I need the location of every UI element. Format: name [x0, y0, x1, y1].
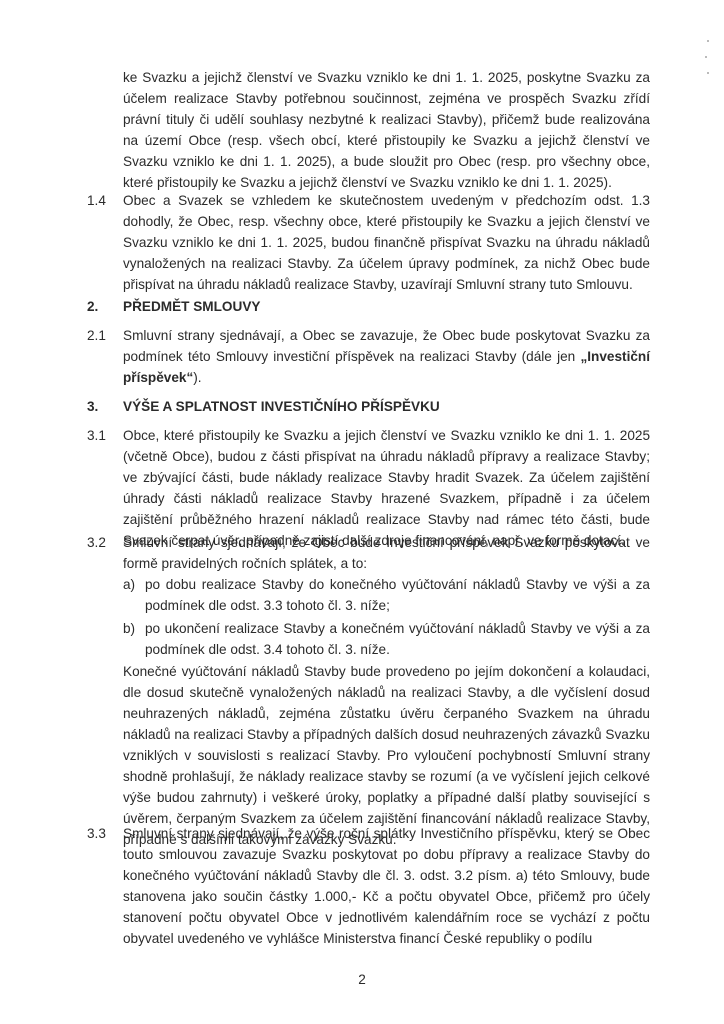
section-heading-3: 3. VÝŠE A SPLATNOST INVESTIČNÍHO PŘÍSPĚV…	[87, 396, 650, 417]
paragraph-number: 3.2	[87, 532, 123, 553]
paragraph-number: 2.1	[87, 325, 123, 346]
paragraph-text: ke Svazku a jejichž členství ve Svazku v…	[123, 67, 650, 193]
list-label: b)	[123, 618, 145, 639]
list-text: po dobu realizace Stavby do konečného vy…	[145, 574, 650, 616]
list-item-b: b) po ukončení realizace Stavby a konečn…	[123, 618, 650, 660]
section-number: 3.	[87, 396, 123, 417]
paragraph-number: 1.4	[87, 190, 123, 211]
paragraph-2-1: 2.1 Smluvní strany sjednávají, a Obec se…	[87, 325, 650, 388]
paragraph-1-3-continuation: ke Svazku a jejichž členství ve Svazku v…	[87, 67, 650, 193]
text-before: Smluvní strany sjednávají, a Obec se zav…	[123, 328, 650, 364]
paragraph-3-2-closing: Konečné vyúčtování nákladů Stavby bude p…	[87, 661, 650, 850]
paragraph-text: Obec a Svazek se vzhledem ke skutečnoste…	[123, 190, 650, 295]
paragraph-number: 3.3	[87, 823, 123, 844]
paragraph-number: 3.1	[87, 425, 123, 446]
paragraph-3-3: 3.3 Smluvní strany sjednávají, že výše r…	[87, 823, 650, 949]
text-after: ).	[193, 370, 201, 385]
section-title: VÝŠE A SPLATNOST INVESTIČNÍHO PŘÍSPĚVKU	[123, 396, 650, 417]
paragraph-3-2: 3.2 Smluvní strany sjednávají, že Obec b…	[87, 532, 650, 574]
paragraph-text: Smluvní strany sjednávají, že Obec bude …	[123, 532, 650, 574]
scan-artifacts	[704, 40, 710, 80]
paragraph-text: Smluvní strany sjednávají, že výše roční…	[123, 823, 650, 949]
list-text: po ukončení realizace Stavby a konečném …	[145, 618, 650, 660]
section-number: 2.	[87, 296, 123, 317]
paragraph-text: Smluvní strany sjednávají, a Obec se zav…	[123, 325, 650, 388]
section-title: PŘEDMĚT SMLOUVY	[123, 296, 650, 317]
document-page: ke Svazku a jejichž členství ve Svazku v…	[0, 0, 724, 1024]
paragraph-1-4: 1.4 Obec a Svazek se vzhledem ke skutečn…	[87, 190, 650, 295]
paragraph-text: Konečné vyúčtování nákladů Stavby bude p…	[123, 661, 650, 850]
page-number: 2	[0, 972, 724, 987]
list-label: a)	[123, 574, 145, 595]
list-item-a: a) po dobu realizace Stavby do konečného…	[123, 574, 650, 616]
section-heading-2: 2. PŘEDMĚT SMLOUVY	[87, 296, 650, 317]
